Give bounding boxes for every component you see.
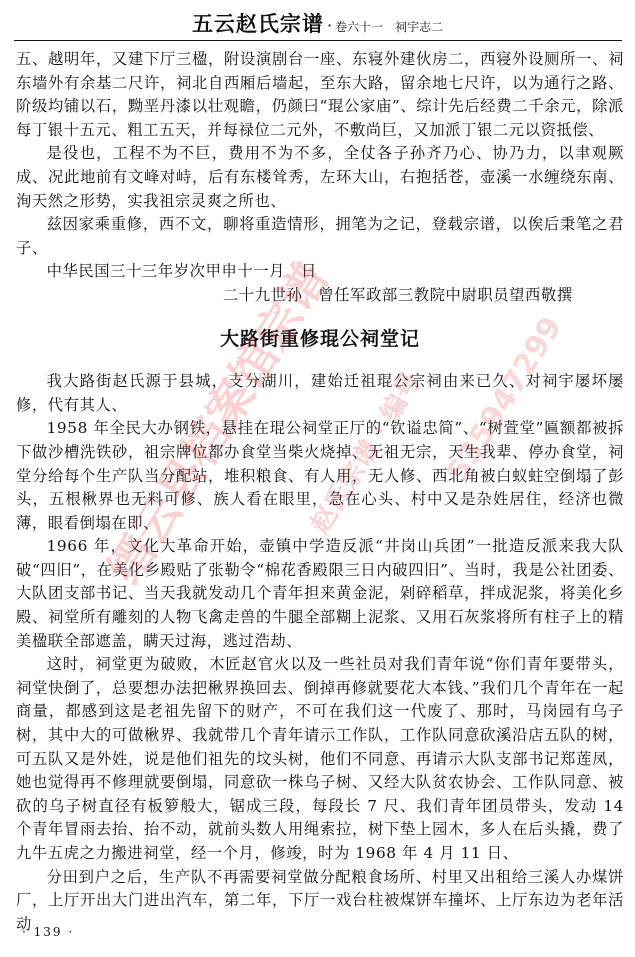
paragraph: 五、越明年，又建下厅三楹，附设演剧台一座、东寝外建伙房二，西寝外设厕所一、祠东墙… xyxy=(16,48,624,142)
paragraph: 1966 年，文化大革命开始，壶镇中学造反派“井岗山兵团”一批造反派来我大队破“… xyxy=(16,535,624,653)
paragraph: 分田到户之后，生产队不再需要祠堂做分配粮食场所、村里又出租给三溪人办煤饼厂，上厅… xyxy=(16,866,624,937)
volume-label: 卷六十一 xyxy=(335,20,383,34)
page-number: · 139 · xyxy=(22,925,74,939)
date-line: 中华民国三十三年岁次甲申十一月 日 xyxy=(16,260,624,284)
section-label: 祠宇志二 xyxy=(395,20,443,34)
paragraph: 1958 年全民大办钢铁，悬挂在琨公祠堂正厅的“钦谥忠简”、“树萱堂”匾额都被拆… xyxy=(16,417,624,535)
author-signature: 二十九世孙 曾任军政部三教院中尉职员望西敬撰 xyxy=(16,284,624,308)
book-title: 五云赵氏宗谱 xyxy=(192,11,324,36)
paragraph: 是役也，工程不为不巨，费用不为不多，全仗各子孙齐乃心、协乃力，以聿观厥成、况此地… xyxy=(16,142,624,213)
paragraph: 兹因家乘重修，西不文，聊将重造情形，拥笔为之记，登载宗谱，以俟后秉笔之君子、 xyxy=(16,213,624,260)
paragraph: 这时，祠堂更为破败，木匠赵官火以及一些社员对我们青年说“你们青年要带头，祠堂快倒… xyxy=(16,653,624,865)
page-body: 五、越明年，又建下厅三楹，附设演剧台一座、东寝外建伙房二，西寝外设厕所一、祠东墙… xyxy=(16,48,624,936)
header-separator: · xyxy=(327,16,332,35)
header-rule xyxy=(14,40,622,41)
paragraph: 我大路街赵氏源于县城，支分湖川，建始迁祖琨公宗祠由来已久、对祠宇屡坏屡修，代有其… xyxy=(16,370,624,417)
page-header: 五云赵氏宗谱·卷六十一祠宇志二 xyxy=(0,8,635,38)
article-title: 大路街重修琨公祠堂记 xyxy=(16,328,624,352)
